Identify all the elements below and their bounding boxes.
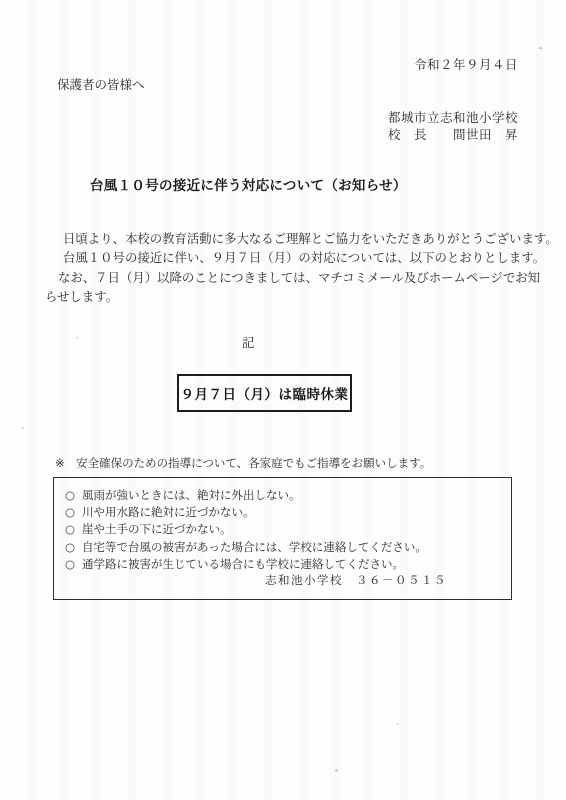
- scan-speck: [397, 723, 399, 725]
- scan-speck: [539, 47, 542, 49]
- safety-rule-item: ○ 風雨が強いときには、絶対に外出しない。: [54, 486, 511, 503]
- closure-notice-box: ９月７日（月）は臨時休業: [177, 374, 352, 412]
- safety-rule-text: 自宅等で台風の被害があった場合には、学校に連絡してください。: [82, 539, 427, 555]
- body-line: なお、７日（月）以降のことにつきましては、マチコミメール及びホームページでお知: [45, 268, 558, 287]
- document-title: 台風１０号の接近に伴う対応について（お知らせ）: [90, 174, 407, 194]
- safety-rule-text: 崖や土手の下に近づかない。: [82, 521, 232, 537]
- safety-guidance-note: ※ 安全確保のための指導について、各家庭でもご指導をお願いします。: [55, 455, 431, 471]
- principal-name: 校 長 間世田 昇: [388, 125, 518, 143]
- safety-rule-item: ○ 崖や土手の下に近づかない。: [54, 521, 511, 538]
- body-line: 台風１０号の接近に伴い、９月７日（月）の対応については、以下のとおりとします。: [45, 248, 558, 267]
- body-line: らせします。: [45, 287, 558, 306]
- circle-marker-icon: ○: [65, 540, 78, 554]
- safety-rule-item: ○ 自宅等で台風の被害があった場合には、学校に連絡してください。: [54, 538, 511, 555]
- record-separator: 記: [242, 333, 255, 351]
- document-page: 令和２年９月４日 保護者の皆様へ 都城市立志和池小学校 校 長 間世田 昇 台風…: [0, 0, 566, 800]
- circle-marker-icon: ○: [65, 505, 78, 519]
- circle-marker-icon: ○: [65, 557, 78, 571]
- school-name: 都城市立志和池小学校: [388, 108, 518, 126]
- safety-rule-item: ○ 川や用水路に絶対に近づかない。: [54, 503, 511, 520]
- safety-rule-text: 通学路に被害が生じている場合にも学校に連絡してください。: [82, 556, 404, 572]
- safety-rule-text: 風雨が強いときには、絶対に外出しない。: [82, 487, 301, 503]
- addressee: 保護者の皆様へ: [57, 75, 145, 93]
- closure-notice-text: ９月７日（月）は臨時休業: [181, 383, 349, 403]
- issue-date: 令和２年９月４日: [414, 55, 518, 73]
- scan-speck: [21, 427, 24, 429]
- safety-rule-text: 川や用水路に絶対に近づかない。: [82, 504, 255, 520]
- circle-marker-icon: ○: [65, 488, 78, 502]
- scan-speck: [335, 769, 338, 772]
- safety-rule-item: ○ 通学路に被害が生じている場合にも学校に連絡してください。: [54, 555, 511, 572]
- school-contact: 志和池小学校 ３６－０５１５: [54, 572, 511, 589]
- safety-rules-box: ○ 風雨が強いときには、絶対に外出しない。 ○ 川や用水路に絶対に近づかない。 …: [53, 477, 512, 600]
- scan-speck: [76, 337, 78, 339]
- body-paragraph: 日頃より、本校の教育活動に多大なるご理解とご協力をいただきありがとうございます。…: [45, 229, 558, 306]
- body-line: 日頃より、本校の教育活動に多大なるご理解とご協力をいただきありがとうございます。: [45, 229, 558, 248]
- circle-marker-icon: ○: [65, 522, 78, 536]
